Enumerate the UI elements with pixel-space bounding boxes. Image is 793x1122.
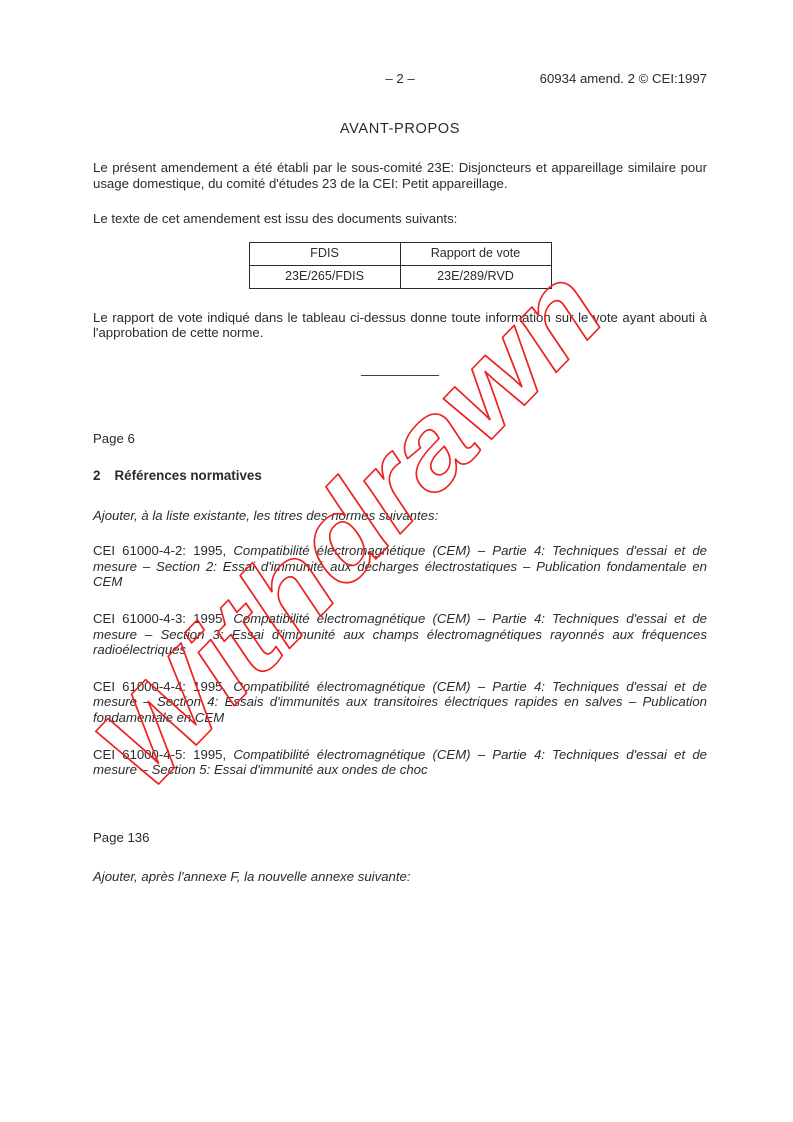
- reference-item-61000-4-4: CEI 61000-4-4: 1995, Compatibilité élect…: [93, 679, 707, 726]
- intro-paragraph: Le présent amendement a été établi par l…: [93, 160, 707, 191]
- vote-paragraph: Le rapport de vote indiqué dans le table…: [93, 310, 707, 341]
- table-cell-rapport-value: 23E/289/RVD: [400, 265, 551, 288]
- document-reference: 60934 amend. 2 © CEI:1997: [540, 71, 707, 87]
- page-marker-136: Page 136: [93, 830, 707, 846]
- page-number: – 2 –: [385, 71, 414, 87]
- reference-item-61000-4-3: CEI 61000-4-3: 1995, Compatibilité élect…: [93, 611, 707, 658]
- table-cell-fdis-value: 23E/265/FDIS: [249, 265, 400, 288]
- vote-documents-table: FDIS Rapport de vote 23E/265/FDIS 23E/28…: [249, 242, 552, 289]
- section-heading-title: Références normatives: [114, 468, 261, 483]
- table-row: 23E/265/FDIS 23E/289/RVD: [249, 265, 551, 288]
- reference-lead: CEI 61000-4-3: 1995,: [93, 611, 226, 626]
- table-header-row: FDIS Rapport de vote: [249, 242, 551, 265]
- section-separator: __________: [93, 360, 707, 376]
- table-header-cell-fdis: FDIS: [249, 242, 400, 265]
- reference-item-61000-4-5: CEI 61000-4-5: 1995, Compatibilité élect…: [93, 747, 707, 778]
- section-heading-number: 2: [93, 468, 100, 483]
- reference-lead: CEI 61000-4-2: 1995,: [93, 543, 226, 558]
- documents-lead-paragraph: Le texte de cet amendement est issu des …: [93, 211, 707, 227]
- edit-instruction-page6: Ajouter, à la liste existante, les titre…: [93, 508, 707, 524]
- reference-lead: CEI 61000-4-4: 1995,: [93, 679, 226, 694]
- document-page: Withdrawn – 2 – 60934 amend. 2 © CEI:199…: [0, 0, 793, 1122]
- reference-item-61000-4-2: CEI 61000-4-2: 1995, Compatibilité élect…: [93, 543, 707, 590]
- edit-instruction-page136: Ajouter, après l'annexe F, la nouvelle a…: [93, 869, 707, 885]
- table-header-cell-rapport: Rapport de vote: [400, 242, 551, 265]
- page-header: – 2 – 60934 amend. 2 © CEI:1997: [93, 71, 707, 87]
- reference-lead: CEI 61000-4-5: 1995,: [93, 747, 226, 762]
- section-heading-references-normatives: 2Références normatives: [93, 468, 707, 484]
- document-title: AVANT-PROPOS: [93, 121, 707, 137]
- page-marker-6: Page 6: [93, 431, 707, 447]
